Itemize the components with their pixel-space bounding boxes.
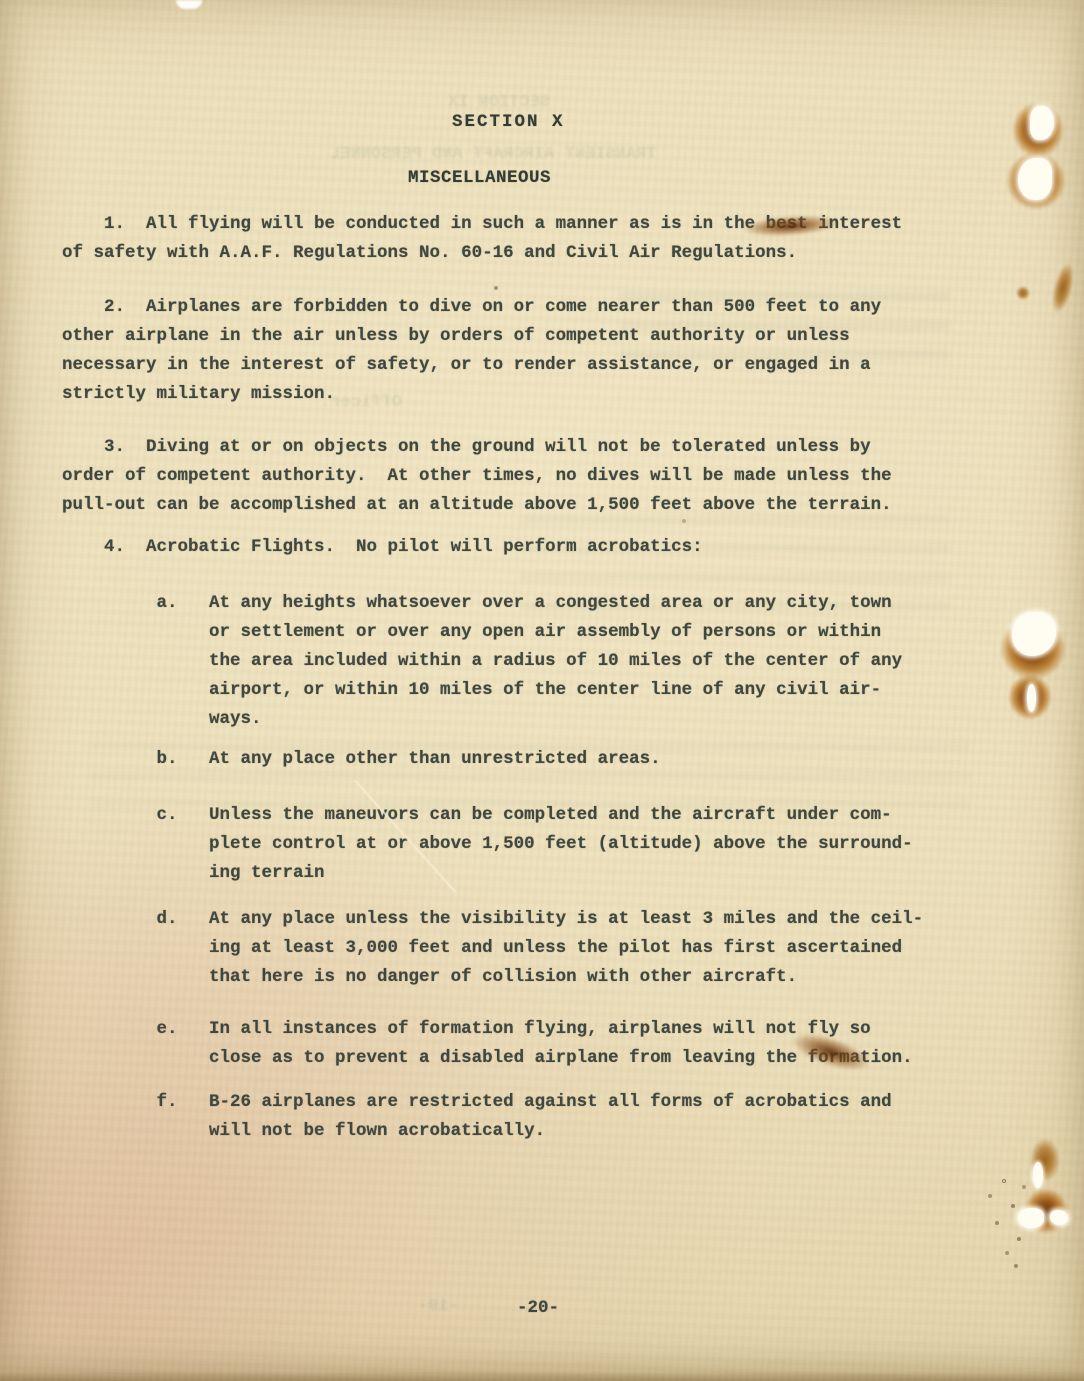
section-subtitle: MISCELLANEOUS xyxy=(408,164,551,193)
text-line: or settlement or over any open air assem… xyxy=(62,618,1064,647)
paragraph-1: 1. All flying will be conducted in such … xyxy=(62,210,1064,268)
text-line: a. At any heights whatsoever over a cong… xyxy=(62,589,1064,618)
list-item-d: d. At any place unless the visibility is… xyxy=(62,905,1064,992)
text-line: ing at least 3,000 feet and unless the p… xyxy=(62,934,1064,963)
paper-hole xyxy=(1033,1162,1043,1188)
text-line: f. B-26 airplanes are restricted against… xyxy=(62,1088,1064,1117)
text-line: close as to prevent a disabled airplane … xyxy=(62,1044,1064,1073)
section-heading: SECTION X xyxy=(452,108,565,137)
text-line: strictly military mission. xyxy=(62,380,1064,409)
text-line: airport, or within 10 miles of the cente… xyxy=(62,676,1064,705)
text-line: necessary in the interest of safety, or … xyxy=(62,351,1064,380)
list-item-e: e. In all instances of formation flying,… xyxy=(62,1015,1064,1073)
paper-hole xyxy=(1018,1208,1044,1228)
text-line: 2. Airplanes are forbidden to dive on or… xyxy=(62,293,1064,322)
text-line: ing terrain xyxy=(62,859,1064,888)
paper-hole xyxy=(1027,684,1036,712)
text-line: will not be flown acrobatically. xyxy=(62,1117,1064,1146)
document-page: SECTION IX TRANSIENT AIRCRAFT AND PERSON… xyxy=(0,0,1084,1381)
paper-hole xyxy=(1050,1210,1068,1225)
bleedthrough-page-number: -19- xyxy=(418,1292,459,1321)
text-line: pull-out can be accomplished at an altit… xyxy=(62,491,1064,520)
page-edge-shadow xyxy=(0,1371,1084,1381)
text-line: ways. xyxy=(62,705,1064,734)
list-item-a: a. At any heights whatsoever over a cong… xyxy=(62,589,1064,734)
text-line: order of competent authority. At other t… xyxy=(62,462,1064,491)
paragraph-4: 4. Acrobatic Flights. No pilot will perf… xyxy=(62,533,1064,562)
page-number: -20- xyxy=(517,1294,559,1323)
text-line: other airplane in the air unless by orde… xyxy=(62,322,1064,351)
text-line: b. At any place other than unrestricted … xyxy=(62,745,1064,774)
text-line: plete control at or above 1,500 feet (al… xyxy=(62,830,1064,859)
text-line: 4. Acrobatic Flights. No pilot will perf… xyxy=(62,533,1064,562)
text-line: that here is no danger of collision with… xyxy=(62,963,1064,992)
list-item-c: c. Unless the maneuvors can be completed… xyxy=(62,801,1064,888)
text-line: 1. All flying will be conducted in such … xyxy=(62,210,1064,239)
list-item-b: b. At any place other than unrestricted … xyxy=(62,745,1064,774)
text-line: of safety with A.A.F. Regulations No. 60… xyxy=(62,239,1064,268)
paragraph-3: 3. Diving at or on objects on the ground… xyxy=(62,433,1064,520)
text-line: e. In all instances of formation flying,… xyxy=(62,1015,1064,1044)
paragraph-2: 2. Airplanes are forbidden to dive on or… xyxy=(62,293,1064,409)
text-line: 3. Diving at or on objects on the ground… xyxy=(62,433,1064,462)
specks xyxy=(1003,1180,1005,1182)
list-item-f: f. B-26 airplanes are restricted against… xyxy=(62,1088,1064,1146)
rust-stain xyxy=(1016,286,1030,300)
text-line: the area included within a radius of 10 … xyxy=(62,647,1064,676)
text-line: d. At any place unless the visibility is… xyxy=(62,905,1064,934)
text-line: c. Unless the maneuvors can be completed… xyxy=(62,801,1064,830)
paper-hole xyxy=(1018,158,1052,200)
